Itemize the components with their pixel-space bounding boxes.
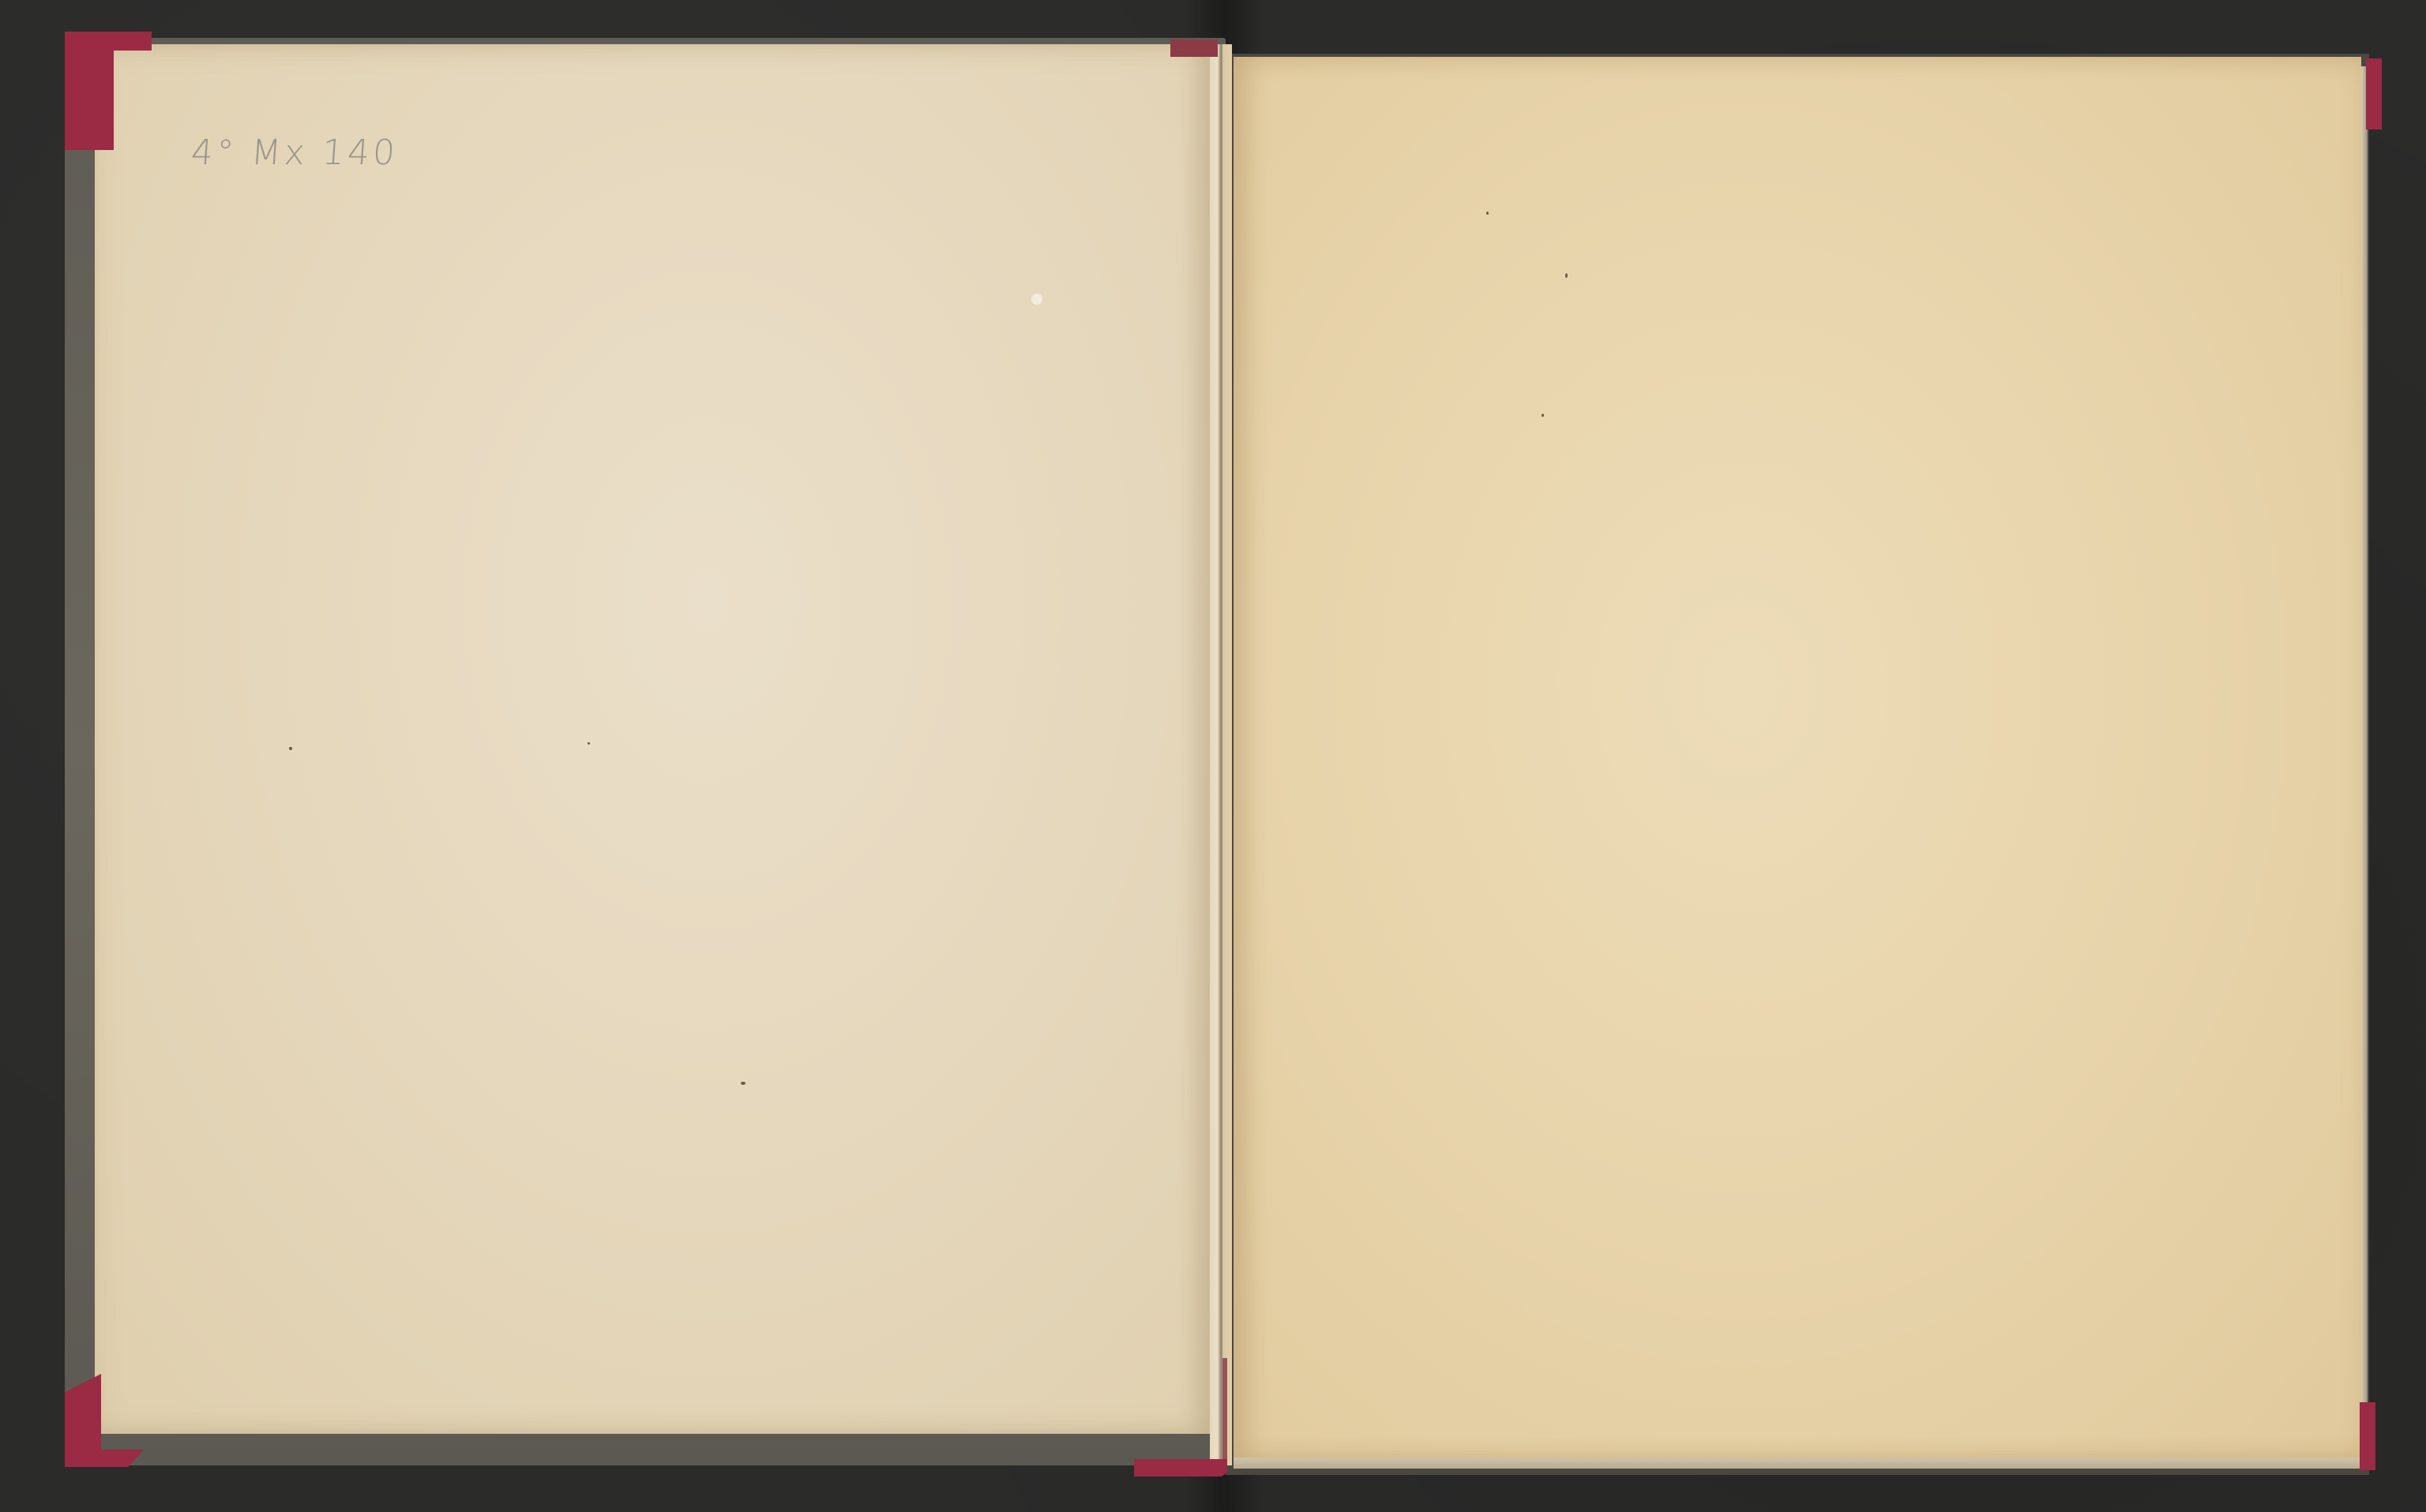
right-page-flyleaf (1234, 57, 2361, 1459)
paper-speck (1486, 212, 1489, 215)
paper-light-spot (1031, 294, 1042, 305)
paper-speck (1565, 273, 1568, 278)
corner-cloth-top-gutter (1170, 39, 1218, 57)
corner-cloth-top-left-fold (65, 32, 152, 51)
book-gutter (1210, 44, 1232, 1465)
right-page-fore-edge (2361, 66, 2368, 1465)
paper-speck (289, 747, 292, 750)
pencil-shelf-mark: 4° Mx 140 (190, 133, 400, 173)
right-page-bottom-edge (1234, 1458, 2361, 1469)
corner-cloth-bottom-right (2360, 1402, 2375, 1470)
gutter-red-cloth (1222, 1358, 1227, 1461)
left-page-pastedown (95, 44, 1210, 1434)
paper-speck (1542, 414, 1544, 417)
paper-speck (588, 742, 590, 745)
corner-cloth-bottom-gutter (1134, 1459, 1227, 1476)
paper-speck (741, 1082, 745, 1085)
corner-cloth-top-right (2366, 58, 2382, 129)
